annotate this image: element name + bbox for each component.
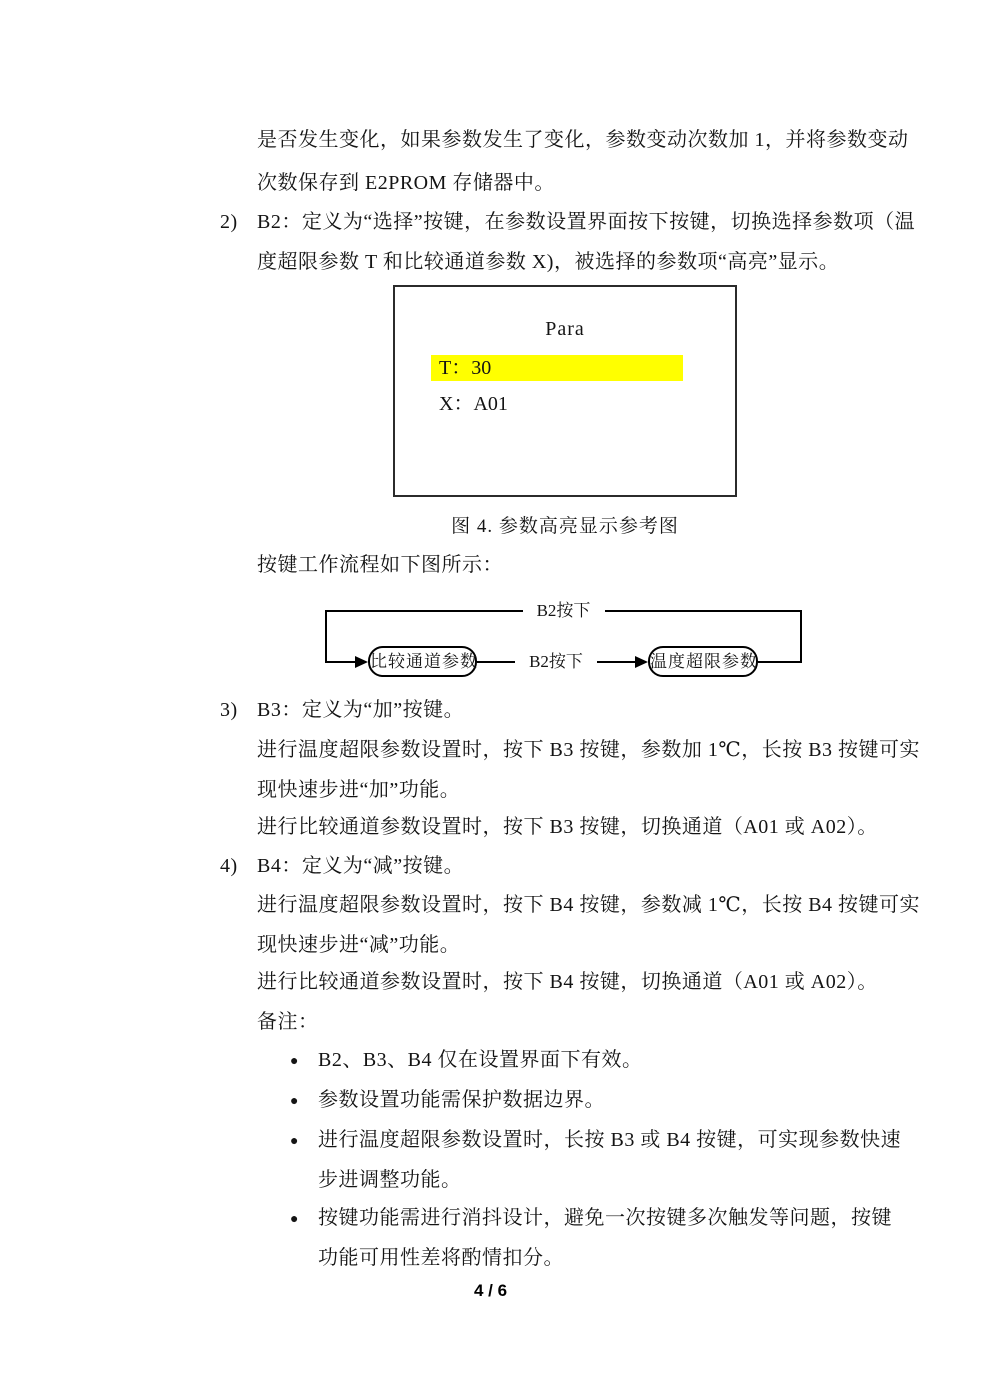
note-bullet-3: ●进行温度超限参数设置时，长按 B3 或 B4 按键，可实现参数快速 [290,1120,901,1162]
item4-line-1: 进行温度超限参数设置时，按下 B4 按键，参数减 1℃，长按 B4 按键可实 [257,885,920,925]
document-page: 是否发生变化，如果参数发生了变化，参数变动次数加 1，并将参数变动 次数保存到 … [0,0,981,1398]
bullet-icon: ● [290,1122,318,1162]
flow-left-vertical [325,610,327,662]
note-bullet-1: ●B2、B3、B4 仅在设置界面下有效。 [290,1040,643,1082]
item3-line-1: 进行温度超限参数设置时，按下 B3 按键，参数加 1℃，长按 B3 按键可实 [257,730,920,770]
bullet-icon: ● [290,1082,318,1122]
item4-line-3: 进行比较通道参数设置时，按下 B4 按键，切换通道（A01 或 A02）。 [257,962,878,1002]
flow-node-temp-limit: 温度超限参数 [648,646,758,677]
item3-line-3: 进行比较通道参数设置时，按下 B3 按键，切换通道（A01 或 A02）。 [257,807,878,847]
note-bullet-4-line-1: 按键功能需进行消抖设计，避免一次按键多次触发等问题，按键 [318,1207,892,1229]
note-bullet-2: ●参数设置功能需保护数据边界。 [290,1080,605,1122]
note-bullet-3-line-1: 进行温度超限参数设置时，长按 B3 或 B4 按键，可实现参数快速 [318,1129,901,1151]
item2-line-2: 度超限参数 T 和比较通道参数 X)，被选择的参数项“高亮”显示。 [257,242,839,282]
item2-number: 2) [220,202,257,242]
flow-node-compare-channel: 比较通道参数 [368,646,477,677]
figure4-highlighted-row: T：30 [431,355,683,381]
flow-intro: 按键工作流程如下图所示： [257,545,503,585]
item4-row-1: 4)B4：定义为“减”按键。 [220,846,464,886]
figure4-second-row: X：A01 [439,391,508,417]
bullet-icon: ● [290,1200,318,1240]
figure4-screen-title: Para [395,317,735,341]
item3-row-1: 3)B3：定义为“加”按键。 [220,690,464,730]
item2-line-1: B2：定义为“选择”按键，在参数设置界面按下按键，切换选择参数项（温 [257,211,915,233]
item3-line-2: 现快速步进“加”功能。 [257,770,460,810]
item4-title: B4：定义为“减”按键。 [257,855,464,877]
flow-top-edge-label: B2按下 [523,600,605,622]
figure4-caption: 图 4. 参数高亮显示参考图 [393,507,737,547]
bullet-icon: ● [290,1042,318,1082]
note-bullet-2-text: 参数设置功能需保护数据边界。 [318,1089,605,1111]
flow-right-horizontal [758,661,802,663]
notes-title: 备注： [257,1002,319,1042]
flow-left-horizontal [325,661,356,663]
flow-arrowhead-left [355,656,368,668]
item3-title: B3：定义为“加”按键。 [257,699,464,721]
intro-line-2: 次数保存到 E2PROM 存储器中。 [257,163,555,203]
figure4-screen: Para T：30 X：A01 [393,285,737,497]
note-bullet-4: ●按键功能需进行消抖设计，避免一次按键多次触发等问题，按键 [290,1198,892,1240]
flow-mid-edge-label: B2按下 [515,651,597,673]
button-flow-diagram: B2按下 比较通道参数 B2按下 温度超限参数 [325,595,802,695]
page-number: 4 / 6 [0,1277,981,1305]
item4-number: 4) [220,846,257,886]
item3-number: 3) [220,690,257,730]
item2-row-1: 2)B2：定义为“选择”按键，在参数设置界面按下按键，切换选择参数项（温 [220,202,915,242]
note-bullet-1-text: B2、B3、B4 仅在设置界面下有效。 [318,1049,643,1071]
flow-right-vertical [800,610,802,663]
note-bullet-3-line-2: 步进调整功能。 [318,1160,462,1200]
intro-line-1: 是否发生变化，如果参数发生了变化，参数变动次数加 1，并将参数变动 [257,120,909,160]
item4-line-2: 现快速步进“减”功能。 [257,925,460,965]
note-bullet-4-line-2: 功能可用性差将酌情扣分。 [318,1238,564,1278]
flow-arrowhead-mid [635,656,648,668]
